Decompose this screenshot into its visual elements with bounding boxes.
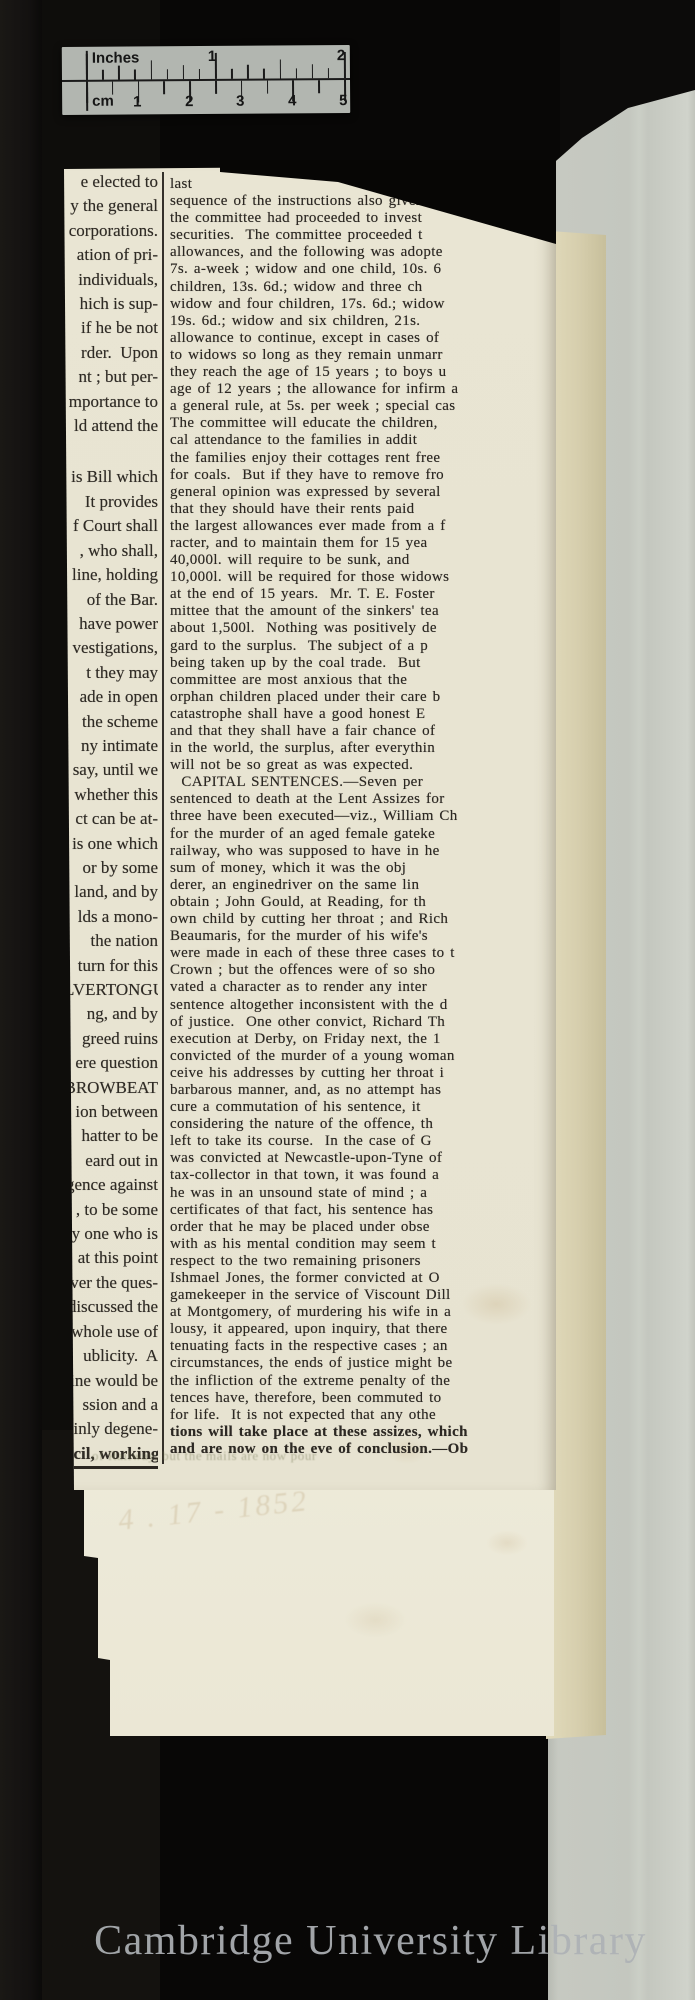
clipping-text-line: sum of money, which it was the obj: [170, 860, 556, 877]
clipping-text-line: own child by cutting her throat ; and Ri…: [170, 911, 556, 928]
clipping-text-line: at this point: [64, 1246, 158, 1270]
clipping-text-line: ere question: [64, 1051, 158, 1075]
cm-number: 1: [133, 93, 141, 110]
clipping-text-line: inly degene-: [64, 1417, 158, 1441]
cm-number: 4: [288, 92, 296, 109]
clipping-text-line: orphan children placed under their care …: [170, 689, 556, 706]
clipping-text-line: t they may: [64, 661, 158, 685]
clipping-text-line: certificates of that fact, his sentence …: [170, 1202, 556, 1219]
clipping-text-line: and that they shall have a fair chance o…: [170, 723, 556, 740]
clipping-text-line: cal attendance to the families in addit: [170, 432, 556, 449]
clipping-text-line: in the world, the surplus, after everyth…: [170, 740, 556, 757]
clipping-text-line: vated a character as to render any inter: [170, 979, 556, 996]
clipping-text-line: y one who is: [64, 1222, 158, 1246]
clipping-text-line: age of 12 years ; the allowance for infi…: [170, 381, 556, 398]
clipping-text-line: three have been executed—viz., William C…: [170, 808, 556, 825]
clipping-text-line: , to be some: [64, 1198, 158, 1222]
clipping-text-line: if he be not: [64, 316, 158, 340]
clipping-text-line: , who shall,: [64, 539, 158, 563]
clipping-text-line: widow and four children, 17s. 6d.; widow: [170, 296, 556, 313]
clipping-text-line: y the general: [64, 194, 158, 218]
clipping-text-line: considering the nature of the offence, t…: [170, 1116, 556, 1133]
clipping-text-line: LVERTONGUE: [64, 978, 158, 1002]
clipping-text-line: securities. The committee proceeded t: [170, 227, 556, 244]
clipping-text-line: 10,000l. will be required for those wido…: [170, 569, 556, 586]
clipping-text-line: tenuating facts in the respective cases …: [170, 1338, 556, 1355]
clipping-text-line: ceive his addresses by cutting her throa…: [170, 1065, 556, 1082]
clipping-text-line: convicted of the murder of a young woman: [170, 1048, 556, 1065]
clipping-text-line: general opinion was expressed by several: [170, 484, 556, 501]
inch-number: 2: [337, 47, 345, 64]
clipping-text-line: that they should have their rents paid: [170, 501, 556, 518]
measurement-ruler: Inches cm 12 12345: [62, 45, 350, 115]
clipping-text-line: committee are most anxious that the: [170, 672, 556, 689]
clipping-text-line: of the Bar.: [64, 588, 158, 612]
cm-number: 2: [185, 93, 193, 110]
clipping-text-line: Beaumaris, for the murder of his wife's: [170, 928, 556, 945]
clipping-text-line: tences have, therefore, been commuted to: [170, 1390, 556, 1407]
clipping-text-line: ld attend the: [64, 414, 158, 438]
library-watermark: Cambridge University Library: [0, 1917, 695, 1965]
clipping-text-line: The committee will educate the children,: [170, 415, 556, 432]
clipping-text-line: will not be so great as was expected.: [170, 757, 556, 774]
clipping-text-line: 40,000l. will require to be sunk, and: [170, 552, 556, 569]
clipping-text-line: ng, and by: [64, 1002, 158, 1026]
clipping-text-line: a general rule, at 5s. per week ; specia…: [170, 398, 556, 415]
clipping-text-line: for life. It is not expected that any ot…: [170, 1407, 556, 1424]
clipping-right-column: lastsequence of the instructions also gi…: [170, 176, 556, 1466]
clipping-text-line: 19s. 6d.; widow and six children, 21s.: [170, 313, 556, 330]
clipping-text-line: at Montgomery, of murdering his wife in …: [170, 1304, 556, 1321]
clipping-text-line: gence against: [64, 1173, 158, 1197]
clipping-text-line: land, and by: [64, 880, 158, 904]
clipping-text-line: left to take its course. In the case of …: [170, 1133, 556, 1150]
clipping-text-line: have power: [64, 612, 158, 636]
clipping-text-line: were made in each of these three cases t…: [170, 945, 556, 962]
clipping-text-line: tax-collector in that town, it was found…: [170, 1167, 556, 1184]
clipping-text-line: for the murder of an aged female gateke: [170, 826, 556, 843]
clipping-text-line: individuals,: [64, 268, 158, 292]
clipping-text-line: order that he may be placed under obse: [170, 1219, 556, 1236]
clipping-text-line: ublicity. A: [64, 1344, 158, 1368]
clipping-text-line: is one which: [64, 832, 158, 856]
clipping-text-line: respect to the two remaining prisoners: [170, 1253, 556, 1270]
cm-number: 5: [339, 92, 347, 109]
clipping-text-line: ion between: [64, 1100, 158, 1124]
clipping-text-line: or by some: [64, 856, 158, 880]
clipping-text-line: railway, who was supposed to have in he: [170, 843, 556, 860]
clipping-text-line: ssion and a: [64, 1393, 158, 1417]
clipping-text-line: BROWBEAT: [64, 1076, 158, 1100]
clipping-text-line: ver the ques-: [64, 1271, 158, 1295]
clipping-text-line: execution at Derby, on Friday next, the …: [170, 1031, 556, 1048]
clipping-text-line: about 1,500l. Nothing was positively de: [170, 620, 556, 637]
clipping-text-line: cure a commutation of his sentence, it: [170, 1099, 556, 1116]
clipping-text-line: being taken up by the coal trade. But: [170, 655, 556, 672]
clipping-text-line: gard to the surplus. The subject of a p: [170, 638, 556, 655]
clipping-text-line: allowance to continue, except in cases o…: [170, 330, 556, 347]
ruler-midline: [62, 78, 350, 82]
clipping-text-line: racter, and to maintain them for 15 yea: [170, 535, 556, 552]
newspaper-clipping: e elected toy the generalcorporations.at…: [60, 163, 556, 1490]
clipping-text-line: vestigations,: [64, 636, 158, 660]
clipping-text-line: was convicted at Newcastle-upon-Tyne of: [170, 1150, 556, 1167]
clipping-text-line: with as his mental condition may seem t: [170, 1236, 556, 1253]
clipping-text-line: f Court shall: [64, 514, 158, 538]
ruler-inches-label: Inches: [92, 49, 140, 66]
clipping-left-column: e elected toy the generalcorporations.at…: [64, 170, 158, 1470]
clipping-text-line: e elected to: [64, 170, 158, 194]
clipping-text-line: ine would be: [64, 1369, 158, 1393]
clipping-text-line: hich is sup-: [64, 292, 158, 316]
clipping-text-line: obtain ; John Gould, at Reading, for th: [170, 894, 556, 911]
clipping-text-line: catastrophe shall have a good honest E: [170, 706, 556, 723]
clipping-text-line: say, until we: [64, 758, 158, 782]
clipping-text-line: whole use of: [64, 1320, 158, 1344]
clipping-text-line: discussed the: [64, 1295, 158, 1319]
clipping-text-line: tions will take place at these assizes, …: [170, 1424, 556, 1441]
clipping-text-line: lds a mono-: [64, 905, 158, 929]
clipping-text-line: line, holding: [64, 563, 158, 587]
clipping-text-line: to widows so long as they remain unmarr: [170, 347, 556, 364]
clipping-text-line: ade in open: [64, 685, 158, 709]
clipping-text-line: of justice. One other convict, Richard T…: [170, 1014, 556, 1031]
clipping-text-line: they reach the age of 15 years ; to boys…: [170, 364, 556, 381]
clipping-text-line: derer, an enginedriver on the same lin: [170, 877, 556, 894]
clipping-text-line: ation of pri-: [64, 243, 158, 267]
ruler-cm-label: cm: [92, 93, 114, 110]
clipping-text-line: the nation: [64, 929, 158, 953]
clipping-text-line: at the end of 15 years. Mr. T. E. Foster: [170, 586, 556, 603]
inch-number: 1: [208, 48, 216, 65]
clipping-text-line: mportance to: [64, 390, 158, 414]
clipping-text-line: sentence altogether inconsistent with th…: [170, 997, 556, 1014]
clipping-text-line: allowances, and the following was adopte: [170, 244, 556, 261]
cm-number: 3: [236, 93, 244, 110]
clipping-text-line: greed ruins: [64, 1027, 158, 1051]
clipping-text-line: barbarous manner, and, as no attempt has: [170, 1082, 556, 1099]
showthrough-text-line: of Railway, but the mails are now pour: [92, 1448, 432, 1464]
clipping-text-line: eard out in: [64, 1149, 158, 1173]
clipping-text-line: corporations.: [64, 219, 158, 243]
clipping-text-line: It provides: [64, 490, 158, 514]
clipping-text-line: lousy, it appeared, upon inquiry, that t…: [170, 1321, 556, 1338]
clipping-text-line: the infliction of the extreme penalty of…: [170, 1373, 556, 1390]
clipping-text-line: CAPITAL SENTENCES.—Seven per: [170, 774, 556, 791]
clipping-text-line: the families enjoy their cottages rent f…: [170, 450, 556, 467]
clipping-text-line: 7s. a-week ; widow and one child, 10s. 6: [170, 261, 556, 278]
column-divider-rule: [162, 172, 164, 1464]
clipping-text-line: gamekeeper in the service of Viscount Di…: [170, 1287, 556, 1304]
clipping-text-line: is Bill which: [64, 465, 158, 489]
clipping-text-line: children, 13s. 6d.; widow and three ch: [170, 279, 556, 296]
clipping-text-line: nt ; but per-: [64, 365, 158, 389]
clipping-text-line: Crown ; but the offences were of so sho: [170, 962, 556, 979]
velvet-background-left-band: [0, 0, 42, 2000]
clipping-text-line: mittee that the amount of the sinkers' t…: [170, 603, 556, 620]
clipping-text-line: for coals. But if they have to remove fr…: [170, 467, 556, 484]
clipping-text-line: the scheme: [64, 710, 158, 734]
clipping-text-line: the largest allowances ever made from a …: [170, 518, 556, 535]
clipping-text-line: he was in an unsound state of mind ; a: [170, 1185, 556, 1202]
clipping-text-line: rder. Upon: [64, 341, 158, 365]
clipping-text-line: Ishmael Jones, the former convicted at O: [170, 1270, 556, 1287]
clipping-text-line: ct can be at-: [64, 807, 158, 831]
clipping-text-line: whether this: [64, 783, 158, 807]
clipping-text-line: circumstances, the ends of justice might…: [170, 1355, 556, 1372]
clipping-text-line: turn for this: [64, 954, 158, 978]
clipping-text-line: ny intimate: [64, 734, 158, 758]
clipping-text-line: sentenced to death at the Lent Assizes f…: [170, 791, 556, 808]
clipping-text-line: hatter to be: [64, 1124, 158, 1148]
